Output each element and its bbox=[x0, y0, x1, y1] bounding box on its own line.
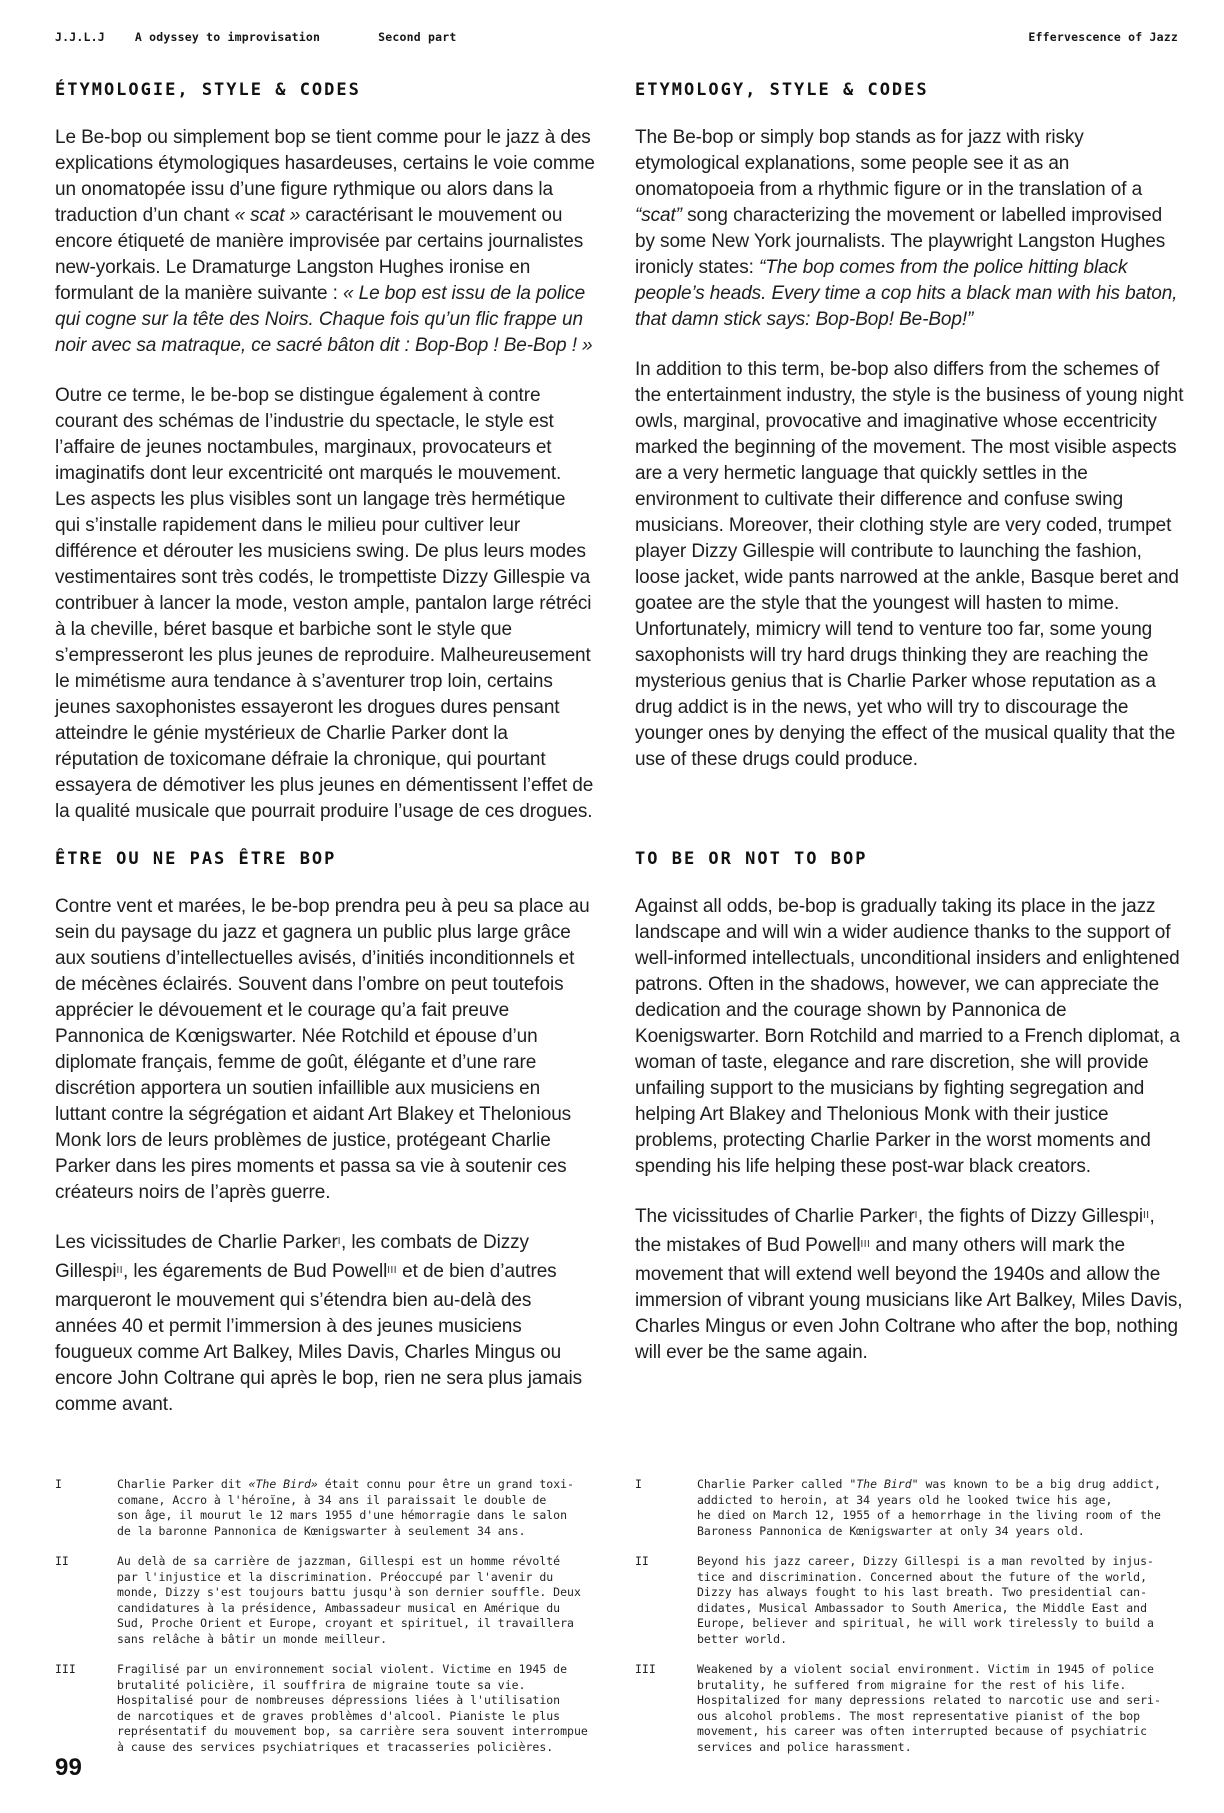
footnote-label: II bbox=[635, 1554, 697, 1647]
two-column-text: ÉTYMOLOGIE, STYLE & CODES ETYMOLOGY, STY… bbox=[55, 82, 1185, 1444]
footnote: I Charlie Parker dit «The Bird» était co… bbox=[55, 1477, 595, 1539]
paragraph: Les vicissitudes de Charlie ParkerI, les… bbox=[55, 1230, 595, 1418]
book-page: J.J.L.J A odyssey to improvisation Secon… bbox=[0, 0, 1224, 1813]
paragraph: Against all odds, be-bop is gradually ta… bbox=[635, 894, 1185, 1180]
book-part-label: Second part bbox=[378, 30, 456, 44]
page-number: 99 bbox=[55, 1754, 82, 1782]
book-title: A odyssey to improvisation bbox=[135, 30, 320, 44]
footnote-label: I bbox=[55, 1477, 117, 1539]
section-heading-english-1: ETYMOLOGY, STYLE & CODES bbox=[635, 82, 1185, 99]
paragraph: In addition to this term, be-bop also di… bbox=[635, 357, 1185, 773]
paragraph: Outre ce terme, le be-bop se distingue é… bbox=[55, 383, 595, 825]
edition-logo: J.J.L.J bbox=[55, 30, 105, 44]
running-header-left: J.J.L.J A odyssey to improvisation Secon… bbox=[55, 30, 456, 44]
footnote-label: III bbox=[635, 1662, 697, 1755]
footnote: II Au delà de sa carrière de jazzman, Gi… bbox=[55, 1554, 595, 1647]
french-section-1-body: Le Be-bop ou simplement bop se tient com… bbox=[55, 125, 595, 825]
footnotes-french: I Charlie Parker dit «The Bird» était co… bbox=[55, 1477, 595, 1755]
paragraph: The vicissitudes of Charlie ParkerI, the… bbox=[635, 1204, 1185, 1366]
footnote-label: II bbox=[55, 1554, 117, 1647]
footnotes-english: I Charlie Parker called "The Bird" was k… bbox=[635, 1477, 1185, 1755]
footnote: III Fragilisé par un environnement socia… bbox=[55, 1662, 595, 1755]
english-section-1-body: The Be-bop or simply bop stands as for j… bbox=[635, 125, 1185, 773]
section-heading-french-1: ÉTYMOLOGIE, STYLE & CODES bbox=[55, 82, 595, 99]
running-header: J.J.L.J A odyssey to improvisation Secon… bbox=[55, 30, 1178, 44]
section-heading-english-2: TO BE OR NOT TO BOP bbox=[635, 851, 1185, 868]
footnote-text: Au delà de sa carrière de jazzman, Gille… bbox=[117, 1554, 581, 1647]
footnote-label: I bbox=[635, 1477, 697, 1539]
footnote: I Charlie Parker called "The Bird" was k… bbox=[635, 1477, 1185, 1539]
footnote-text: Fragilisé par un environnement social vi… bbox=[117, 1662, 588, 1755]
footnote: III Weakened by a violent social environ… bbox=[635, 1662, 1185, 1755]
footnote-text: Charlie Parker called "The Bird" was kno… bbox=[697, 1477, 1161, 1539]
footnotes: I Charlie Parker dit «The Bird» était co… bbox=[55, 1477, 1185, 1755]
english-section-2-body: Against all odds, be-bop is gradually ta… bbox=[635, 894, 1185, 1366]
footnote: II Beyond his jazz career, Dizzy Gillesp… bbox=[635, 1554, 1185, 1647]
paragraph: Contre vent et marées, le be-bop prendra… bbox=[55, 894, 595, 1206]
paragraph: The Be-bop or simply bop stands as for j… bbox=[635, 125, 1185, 333]
footnote-text: Weakened by a violent social environment… bbox=[697, 1662, 1161, 1755]
footnote-text: Beyond his jazz career, Dizzy Gillespi i… bbox=[697, 1554, 1154, 1647]
section-heading-french-2: ÊTRE OU NE PAS ÊTRE BOP bbox=[55, 851, 595, 868]
paragraph: Le Be-bop ou simplement bop se tient com… bbox=[55, 125, 595, 359]
french-section-2-body: Contre vent et marées, le be-bop prendra… bbox=[55, 894, 595, 1418]
chapter-running-title: Effervescence of Jazz bbox=[1028, 30, 1178, 44]
footnote-label: III bbox=[55, 1662, 117, 1755]
footnote-text: Charlie Parker dit «The Bird» était conn… bbox=[117, 1477, 574, 1539]
